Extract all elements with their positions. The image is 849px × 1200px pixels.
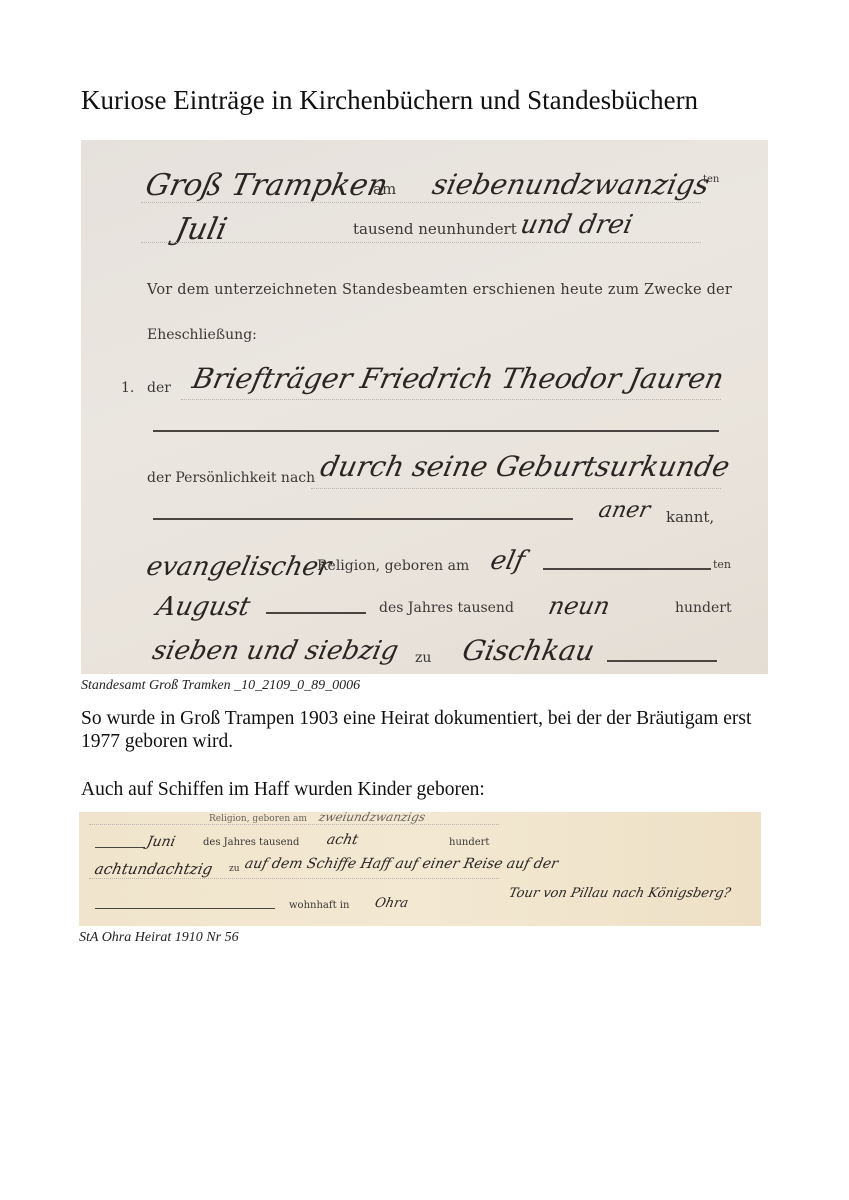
handwriting: durch seine Geburtsurkunde bbox=[317, 450, 732, 483]
scanned-document-image-2: Religion, geboren am zweiundzwanzigs Jun… bbox=[79, 812, 761, 926]
handwriting: Juni bbox=[145, 834, 177, 850]
handwriting: Ohra bbox=[373, 896, 409, 911]
print-text: der Persönlichkeit nach bbox=[147, 470, 315, 486]
print-text: Eheschließung: bbox=[147, 327, 257, 343]
print-text: tausend neunhundert bbox=[353, 220, 517, 238]
form-rule bbox=[95, 847, 145, 848]
handwriting: und drei bbox=[518, 210, 636, 240]
form-rule bbox=[266, 612, 366, 614]
handwriting: sieben und siebzig bbox=[150, 636, 401, 666]
handwriting: aner bbox=[596, 498, 652, 523]
print-text: Religion, geboren am bbox=[317, 558, 469, 574]
print-text: kannt, bbox=[666, 508, 714, 526]
print-text: Vor dem unterzeichneten Standesbeamten e… bbox=[147, 282, 732, 298]
print-text: des Jahres tausend bbox=[203, 837, 299, 848]
print-text: hundert bbox=[449, 837, 489, 848]
handwriting: auf dem Schiffe Haff auf einer Reise auf… bbox=[243, 856, 559, 872]
form-line bbox=[89, 878, 499, 879]
print-text: ten bbox=[703, 174, 719, 185]
form-rule bbox=[95, 908, 275, 909]
form-line bbox=[141, 202, 701, 203]
paragraph-1: So wurde in Groß Trampen 1903 eine Heira… bbox=[81, 707, 761, 753]
print-text: ten bbox=[713, 558, 731, 571]
figure-caption-1: Standesamt Groß Tramken _10_2109_0_89_00… bbox=[81, 678, 360, 694]
form-rule bbox=[153, 430, 719, 432]
handwriting: achtundachtzig bbox=[93, 860, 214, 878]
form-rule bbox=[543, 568, 711, 570]
print-text: Religion, geboren am bbox=[209, 814, 307, 824]
handwriting: zweiundzwanzigs bbox=[318, 812, 427, 824]
print-text: zu bbox=[229, 864, 240, 874]
handwriting: elf bbox=[488, 546, 528, 576]
print-text: der bbox=[147, 380, 171, 396]
handwriting: acht bbox=[325, 832, 359, 848]
print-text: des Jahres tausend bbox=[379, 600, 514, 616]
form-rule bbox=[607, 660, 717, 662]
print-text: hundert bbox=[675, 600, 732, 616]
handwriting: Groß Trampken bbox=[142, 168, 391, 203]
print-text: wohnhaft in bbox=[289, 900, 349, 911]
handwriting: August bbox=[154, 592, 253, 622]
figure-caption-2: StA Ohra Heirat 1910 Nr 56 bbox=[79, 930, 239, 946]
handwriting: Briefträger Friedrich Theodor Jauren bbox=[189, 362, 726, 395]
print-text: am bbox=[373, 180, 396, 198]
handwriting: Gischkau bbox=[459, 634, 597, 667]
paragraph-2: Auch auf Schiffen im Haff wurden Kinder … bbox=[81, 778, 761, 801]
print-text: 1. bbox=[121, 380, 134, 396]
form-rule bbox=[153, 518, 573, 520]
page-title: Kuriose Einträge in Kirchenbüchern und S… bbox=[81, 84, 698, 116]
handwriting: siebenundzwanzigs bbox=[429, 168, 712, 201]
scanned-document-image-1: Groß Trampken am siebenundzwanzigs ten J… bbox=[81, 140, 768, 674]
form-line bbox=[89, 824, 499, 825]
form-line bbox=[311, 488, 721, 489]
handwriting: Tour von Pillau nach Königsberg? bbox=[507, 886, 732, 901]
handwriting: evangelischer bbox=[144, 552, 334, 582]
form-line bbox=[181, 399, 721, 400]
form-line bbox=[141, 242, 701, 243]
handwriting: neun bbox=[546, 592, 613, 620]
print-text: zu bbox=[415, 650, 431, 666]
